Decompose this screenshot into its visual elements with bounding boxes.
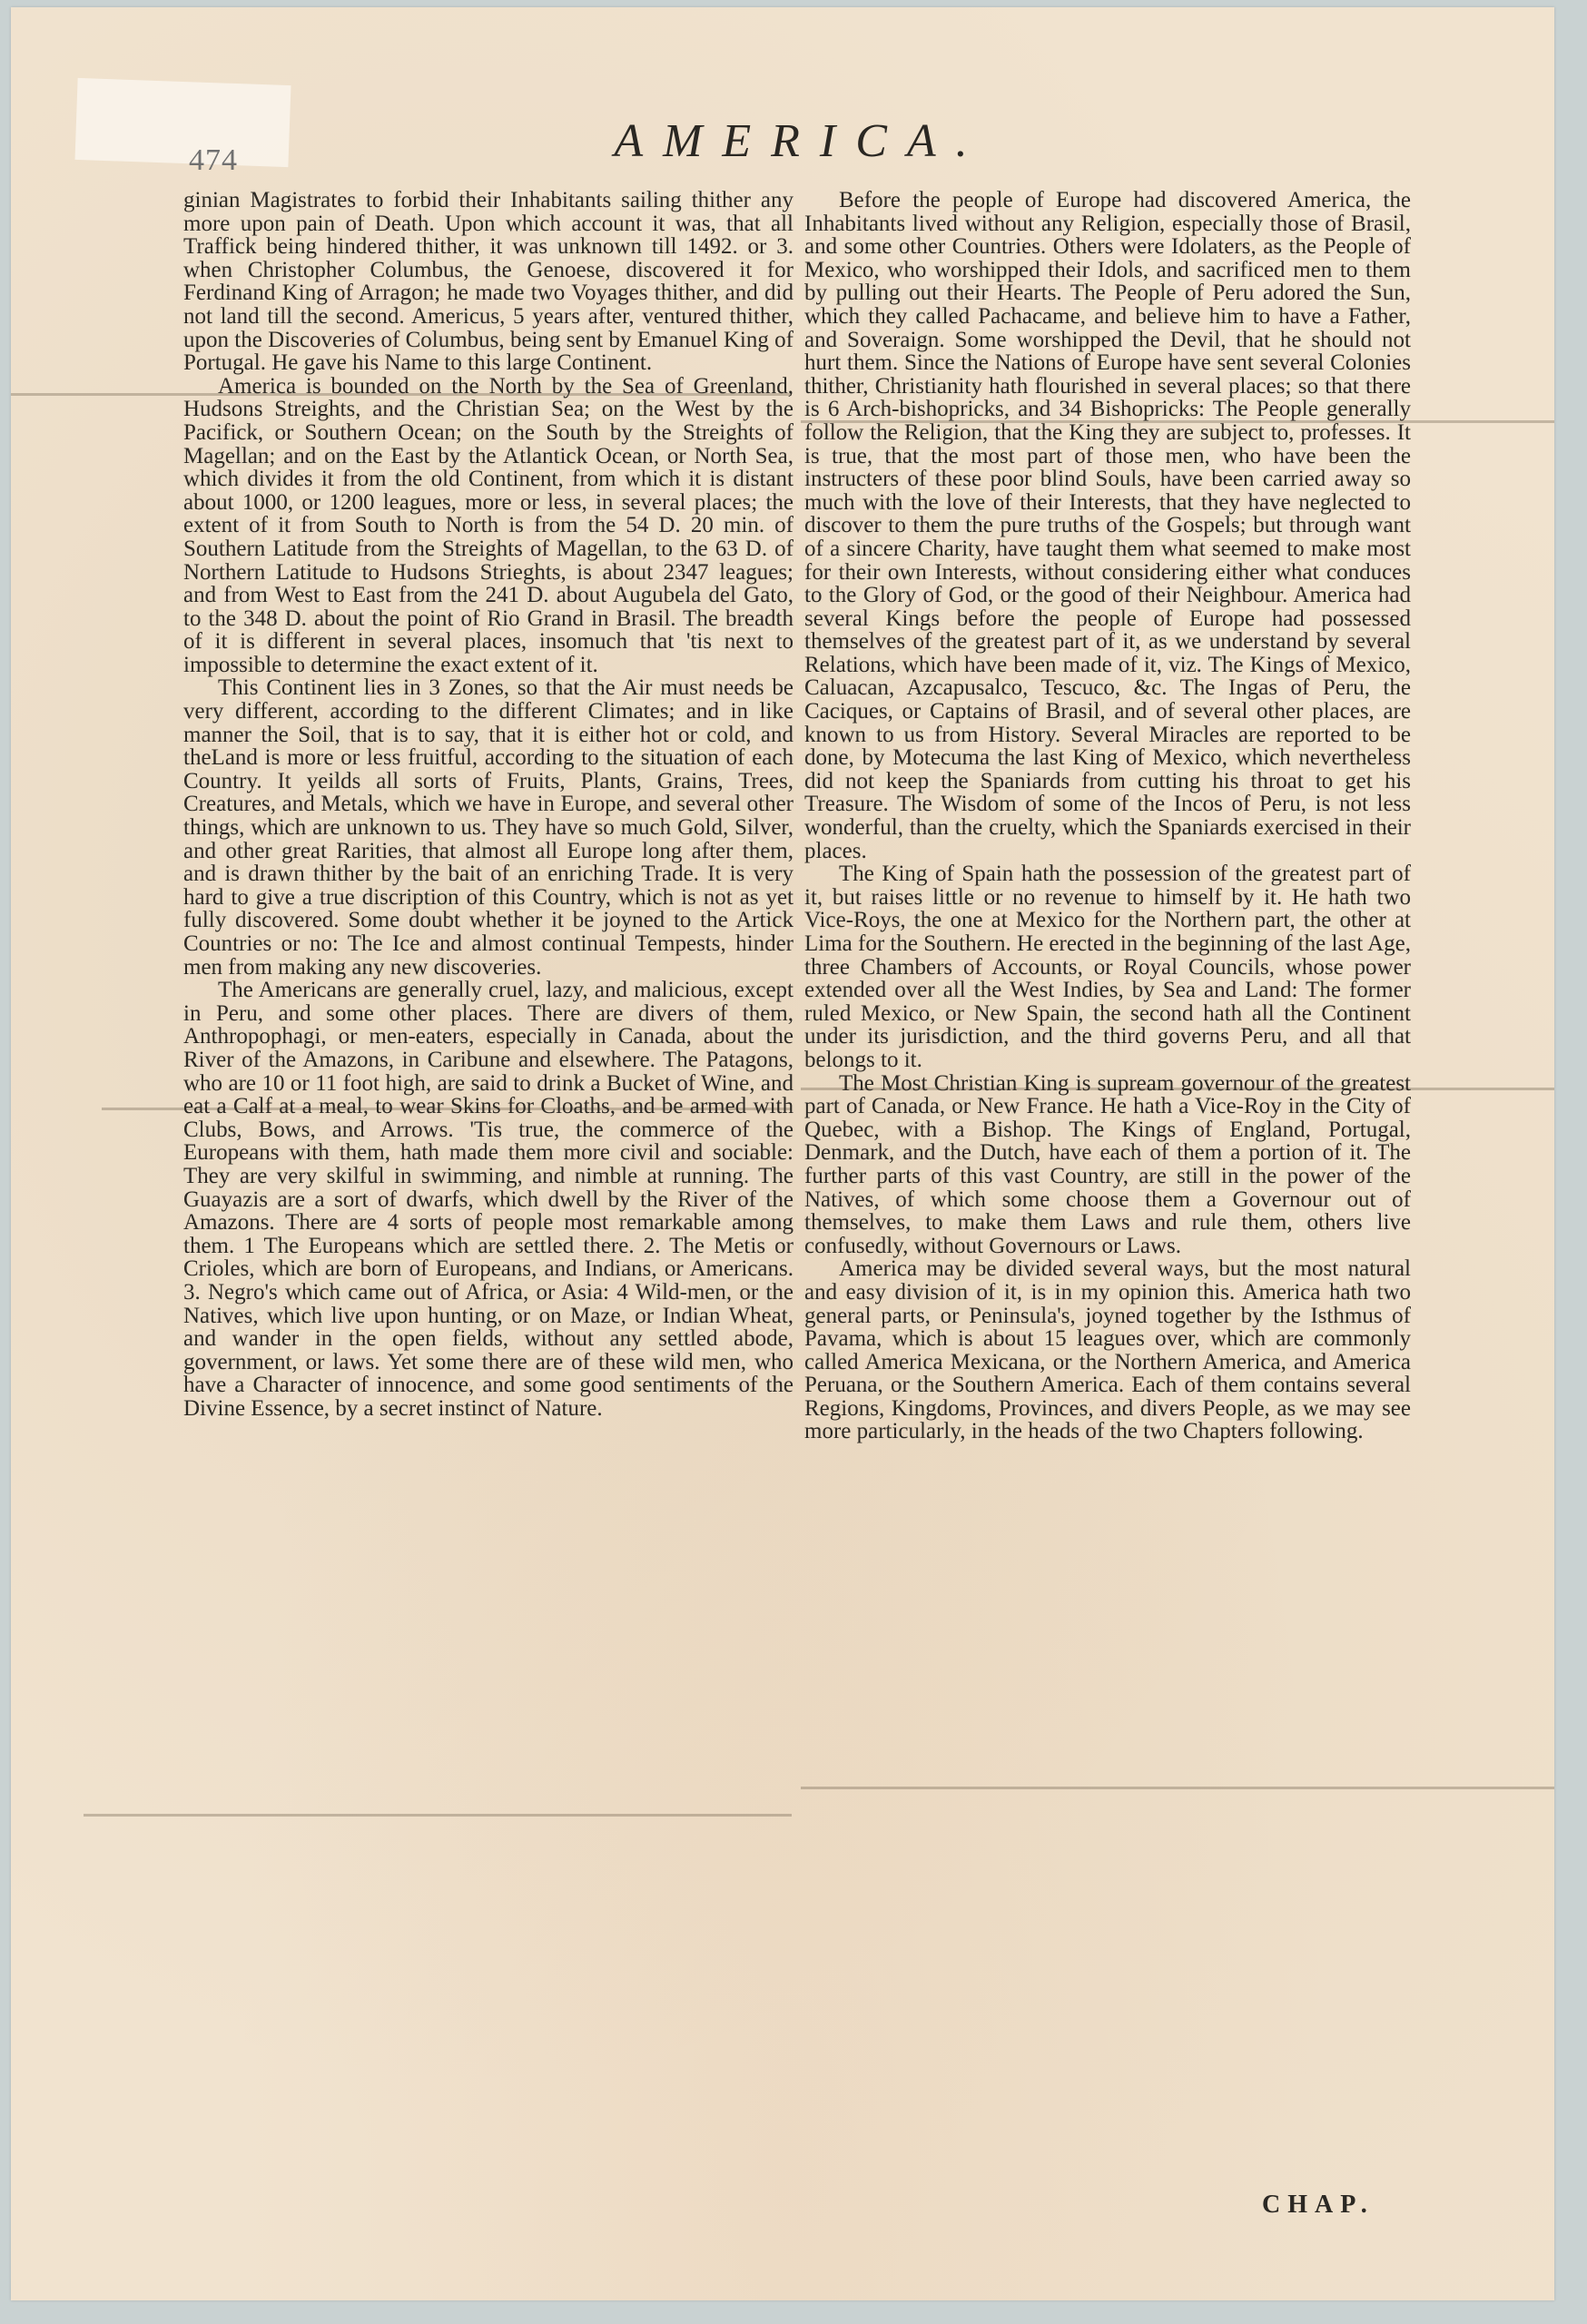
paragraph: This Continent lies in 3 Zones, so that …	[183, 676, 793, 979]
paragraph: ginian Magistrates to forbid their Inhab…	[183, 189, 793, 375]
paragraph: The Americans are generally cruel, lazy,…	[183, 979, 793, 1420]
paragraph: Before the people of Europe had discover…	[804, 189, 1411, 862]
paragraph: America is bounded on the North by the S…	[183, 375, 793, 677]
catchword: CHAP.	[1262, 2191, 1375, 2220]
paragraph: America may be divided several ways, but…	[804, 1257, 1411, 1443]
fold-crease	[801, 1787, 1554, 1789]
right-column: Before the people of Europe had discover…	[804, 189, 1411, 1443]
fold-crease	[84, 1814, 792, 1817]
paragraph: The Most Christian King is supream gover…	[804, 1072, 1411, 1258]
left-column: ginian Magistrates to forbid their Inhab…	[183, 189, 793, 1420]
paragraph: The King of Spain hath the possession of…	[804, 862, 1411, 1071]
book-page: 474 AMERICA. ginian Magistrates to forbi…	[11, 7, 1554, 2300]
running-head: AMERICA.	[11, 114, 1554, 168]
